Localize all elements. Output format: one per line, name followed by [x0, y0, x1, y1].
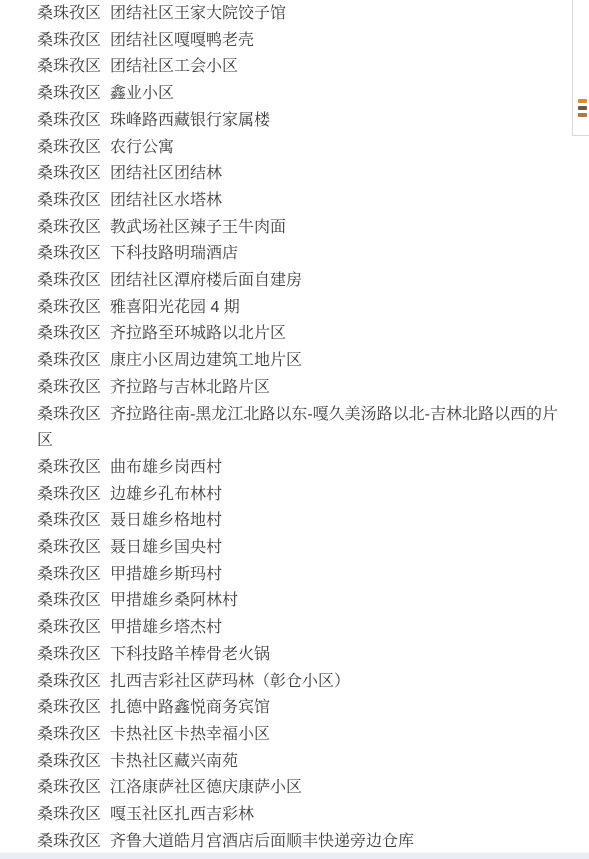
risk-area-list: 桑珠孜区团结社区王家大院饺子馆桑珠孜区团结社区嘎嘎鸭老壳桑珠孜区团结社区工会小区…	[37, 1, 571, 856]
district-cell: 桑珠孜区	[37, 512, 110, 529]
place-cell: 江洛康萨社区德庆康萨小区	[110, 779, 302, 796]
list-item: 桑珠孜区下科技路羊棒骨老火锅	[37, 642, 571, 669]
district-cell: 桑珠孜区	[37, 833, 110, 850]
place-cell: 下科技路明瑞酒店	[110, 245, 238, 262]
list-item: 桑珠孜区嘎玉社区扎西吉彩林	[37, 802, 571, 829]
place-cell: 甲措雄乡斯玛村	[110, 566, 222, 583]
next-section-top-edge	[0, 852, 589, 859]
place-cell: 扎德中路鑫悦商务宾馆	[110, 699, 270, 716]
place-cell: 教武场社区辣子王牛肉面	[110, 219, 286, 236]
place-cell: 团结社区王家大院饺子馆	[110, 5, 286, 22]
place-cell: 卡热社区藏兴南苑	[110, 753, 238, 770]
place-cell: 齐鲁大道皓月宫酒店后面顺丰快递旁边仓库	[110, 833, 414, 850]
list-item: 桑珠孜区团结社区嘎嘎鸭老壳	[37, 28, 571, 55]
district-cell: 桑珠孜区	[37, 566, 110, 583]
place-cell: 团结社区潭府楼后面自建房	[110, 272, 302, 289]
list-item: 桑珠孜区扎德中路鑫悦商务宾馆	[37, 695, 571, 722]
list-item: 桑珠孜区团结社区王家大院饺子馆	[37, 1, 571, 28]
district-cell: 桑珠孜区	[37, 219, 110, 236]
list-item: 桑珠孜区教武场社区辣子王牛肉面	[37, 215, 571, 242]
place-cell: 团结社区工会小区	[110, 58, 238, 75]
place-cell: 甲措雄乡塔杰村	[110, 619, 222, 636]
place-cell: 下科技路羊棒骨老火锅	[110, 646, 270, 663]
list-item: 桑珠孜区齐拉路与吉林北路片区	[37, 375, 571, 402]
district-cell: 桑珠孜区	[37, 459, 110, 476]
district-cell: 桑珠孜区	[37, 245, 110, 262]
place-cell: 团结社区水塔林	[110, 192, 222, 209]
list-item: 桑珠孜区边雄乡孔布林村	[37, 482, 571, 509]
floating-widget-cutoff[interactable]	[572, 0, 589, 136]
district-cell: 桑珠孜区	[37, 139, 110, 156]
district-cell: 桑珠孜区	[37, 325, 110, 342]
district-cell: 桑珠孜区	[37, 32, 110, 49]
district-cell: 桑珠孜区	[37, 352, 110, 369]
list-item: 桑珠孜区卡热社区卡热幸福小区	[37, 722, 571, 749]
district-cell: 桑珠孜区	[37, 406, 110, 423]
list-item: 桑珠孜区聂日雄乡国央村	[37, 535, 571, 562]
widget-glyph-fragment-icon	[578, 99, 587, 103]
list-item: 桑珠孜区齐拉路至环城路以北片区	[37, 321, 571, 348]
place-cell: 团结社区团结林	[110, 165, 222, 182]
place-cell: 鑫业小区	[110, 85, 174, 102]
list-item: 桑珠孜区卡热社区藏兴南苑	[37, 749, 571, 776]
place-cell: 嘎玉社区扎西吉彩林	[110, 806, 254, 823]
district-cell: 桑珠孜区	[37, 299, 110, 316]
list-item: 桑珠孜区团结社区水塔林	[37, 188, 571, 215]
place-cell: 甲措雄乡桑阿林村	[110, 592, 238, 609]
list-item: 桑珠孜区曲布雄乡岗西村	[37, 455, 571, 482]
list-item: 桑珠孜区聂日雄乡格地村	[37, 508, 571, 535]
list-item: 桑珠孜区下科技路明瑞酒店	[37, 241, 571, 268]
district-cell: 桑珠孜区	[37, 806, 110, 823]
place-cell: 团结社区嘎嘎鸭老壳	[110, 32, 254, 49]
district-cell: 桑珠孜区	[37, 673, 110, 690]
place-cell: 齐拉路往南-黑龙江北路以东-嘎久美汤路以北-吉林北路以西的片区	[37, 406, 558, 450]
district-cell: 桑珠孜区	[37, 165, 110, 182]
place-cell: 齐拉路至环城路以北片区	[110, 325, 286, 342]
place-cell: 扎西吉彩社区萨玛林（彰仓小区）	[110, 673, 350, 690]
list-item: 桑珠孜区扎西吉彩社区萨玛林（彰仓小区）	[37, 669, 571, 696]
place-cell: 农行公寓	[110, 139, 174, 156]
place-cell: 聂日雄乡格地村	[110, 512, 222, 529]
list-item: 桑珠孜区团结社区团结林	[37, 161, 571, 188]
list-item: 桑珠孜区甲措雄乡塔杰村	[37, 615, 571, 642]
district-cell: 桑珠孜区	[37, 192, 110, 209]
district-cell: 桑珠孜区	[37, 112, 110, 129]
place-cell: 雅喜阳光花园 4 期	[110, 299, 240, 316]
district-cell: 桑珠孜区	[37, 699, 110, 716]
list-item: 桑珠孜区雅喜阳光花园 4 期	[37, 295, 571, 322]
place-cell: 珠峰路西藏银行家属楼	[110, 112, 270, 129]
district-cell: 桑珠孜区	[37, 539, 110, 556]
list-item: 桑珠孜区甲措雄乡斯玛村	[37, 562, 571, 589]
list-item: 桑珠孜区鑫业小区	[37, 81, 571, 108]
district-cell: 桑珠孜区	[37, 619, 110, 636]
list-item: 桑珠孜区甲措雄乡桑阿林村	[37, 588, 571, 615]
place-cell: 卡热社区卡热幸福小区	[110, 726, 270, 743]
district-cell: 桑珠孜区	[37, 779, 110, 796]
widget-glyph-fragment-icon	[578, 106, 587, 110]
list-item: 桑珠孜区团结社区工会小区	[37, 54, 571, 81]
place-cell: 边雄乡孔布林村	[110, 486, 222, 503]
district-cell: 桑珠孜区	[37, 753, 110, 770]
district-cell: 桑珠孜区	[37, 486, 110, 503]
district-cell: 桑珠孜区	[37, 85, 110, 102]
district-cell: 桑珠孜区	[37, 726, 110, 743]
district-cell: 桑珠孜区	[37, 592, 110, 609]
place-cell: 康庄小区周边建筑工地片区	[110, 352, 302, 369]
district-cell: 桑珠孜区	[37, 58, 110, 75]
place-cell: 曲布雄乡岗西村	[110, 459, 222, 476]
place-cell: 聂日雄乡国央村	[110, 539, 222, 556]
district-cell: 桑珠孜区	[37, 5, 110, 22]
list-item: 桑珠孜区齐拉路往南-黑龙江北路以东-嘎久美汤路以北-吉林北路以西的片区	[37, 402, 571, 455]
list-item: 桑珠孜区江洛康萨社区德庆康萨小区	[37, 775, 571, 802]
list-item: 桑珠孜区珠峰路西藏银行家属楼	[37, 108, 571, 135]
list-item: 桑珠孜区康庄小区周边建筑工地片区	[37, 348, 571, 375]
district-cell: 桑珠孜区	[37, 379, 110, 396]
widget-glyph-fragment-icon	[578, 113, 587, 117]
district-cell: 桑珠孜区	[37, 272, 110, 289]
place-cell: 齐拉路与吉林北路片区	[110, 379, 270, 396]
list-item: 桑珠孜区团结社区潭府楼后面自建房	[37, 268, 571, 295]
district-cell: 桑珠孜区	[37, 646, 110, 663]
list-item: 桑珠孜区农行公寓	[37, 135, 571, 162]
